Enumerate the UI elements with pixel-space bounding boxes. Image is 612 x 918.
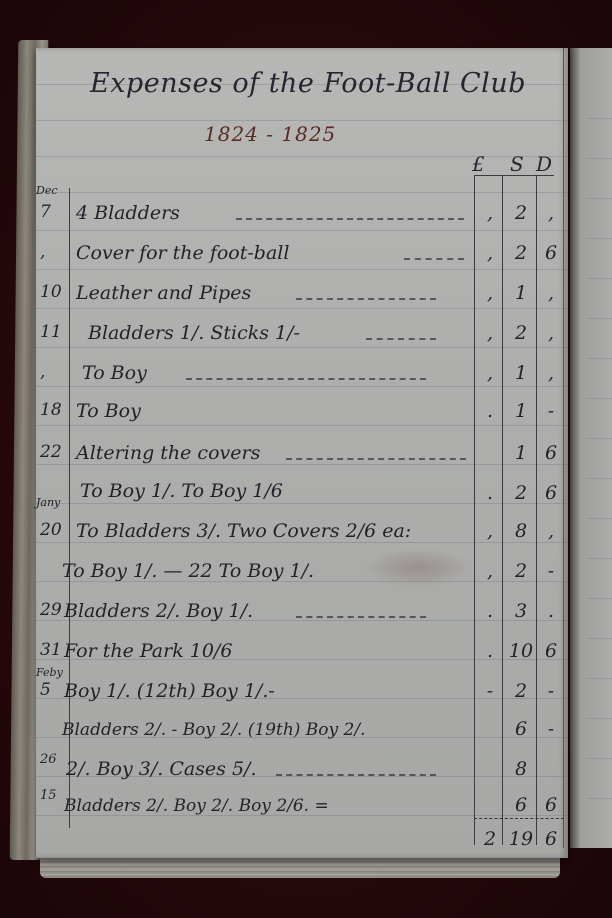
entry-pence: - — [538, 680, 564, 702]
entry-pounds: , — [476, 520, 504, 542]
ledger-row: Feby 5 Boy 1/. (12th) Boy 1/.- - 2 - — [36, 674, 568, 710]
entry-pence: 6 — [538, 640, 564, 662]
entry-pounds: , — [476, 560, 504, 582]
entry-date: 20 — [40, 520, 62, 540]
total-pence: 6 — [538, 828, 564, 850]
ledger-row: 11 Bladders 1/. Sticks 1/- , 2 , — [36, 316, 568, 352]
entry-month: Dec — [36, 184, 58, 197]
entry-month: Jany — [36, 496, 60, 509]
entry-shillings: 2 — [504, 680, 538, 702]
entry-description: Cover for the foot-ball — [76, 242, 289, 264]
entry-pounds: , — [476, 242, 504, 264]
entry-shillings: 2 — [504, 202, 538, 224]
entry-description: To Boy 1/. — 22 To Boy 1/. — [62, 560, 314, 582]
entry-pounds: , — [476, 322, 504, 344]
entry-shillings: 2 — [504, 322, 538, 344]
entry-pounds: , — [476, 202, 504, 224]
entry-pence: - — [538, 560, 564, 582]
entry-pounds: , — [476, 282, 504, 304]
ledger-row: Bladders 2/. - Boy 2/. (19th) Boy 2/. 6 … — [36, 712, 568, 748]
ledger-row: Jany To Boy 1/. To Boy 1/6 . 2 6 — [36, 476, 568, 512]
entry-shillings: 2 — [504, 482, 538, 504]
entry-description: For the Park 10/6 — [64, 640, 232, 662]
entry-date: 26 — [40, 752, 57, 767]
entry-date: 10 — [40, 282, 62, 302]
entry-pence: - — [538, 718, 564, 740]
entry-date: 18 — [40, 400, 62, 420]
entry-shillings: 1 — [504, 282, 538, 304]
entry-date: 22 — [40, 442, 62, 462]
entry-description: Boy 1/. (12th) Boy 1/.- — [64, 680, 275, 702]
ledger-row: 29 Bladders 2/. Boy 1/. . 3 . — [36, 594, 568, 630]
entry-shillings: 10 — [504, 640, 538, 662]
entry-month: Feby — [36, 666, 63, 679]
entry-shillings: 2 — [504, 242, 538, 264]
entry-pounds: . — [476, 400, 504, 422]
entry-date: 7 — [40, 202, 51, 222]
entry-pounds: - — [476, 680, 504, 702]
entry-description: To Boy 1/. To Boy 1/6 — [80, 480, 283, 502]
ledger-row: 22 Altering the covers 1 6 — [36, 436, 568, 472]
entry-pence: 6 — [538, 482, 564, 504]
entry-description: 2/. Boy 3/. Cases 5/. — [66, 758, 257, 780]
entry-description: Altering the covers — [76, 442, 260, 464]
ledger-row: 20 To Bladders 3/. Two Covers 2/6 ea: , … — [36, 514, 568, 550]
entry-description: To Bladders 3/. Two Covers 2/6 ea: — [76, 520, 411, 542]
entry-pounds: , — [476, 362, 504, 384]
ledger-row: Dec 7 4 Bladders , 2 , — [36, 196, 568, 232]
entry-pence: - — [538, 400, 564, 422]
entry-pounds: . — [476, 482, 504, 504]
entry-pounds: . — [476, 640, 504, 662]
header-pence: D — [536, 152, 552, 176]
entry-description: 4 Bladders — [76, 202, 180, 224]
header-shillings: S — [510, 152, 524, 176]
entry-shillings: 1 — [504, 442, 538, 464]
ledger-row: , Cover for the foot-ball , 2 6 — [36, 236, 568, 272]
entry-date: 11 — [40, 322, 62, 342]
entry-description: Bladders 2/. Boy 2/. Boy 2/6. = — [64, 796, 329, 816]
entry-pence: 6 — [538, 242, 564, 264]
facing-page — [570, 48, 612, 848]
total-rule — [474, 818, 564, 820]
entry-shillings: 8 — [504, 520, 538, 542]
entry-date: 5 — [40, 680, 51, 700]
document-title: Expenses of the Foot-Ball Club — [90, 68, 526, 99]
entry-shillings: 1 — [504, 400, 538, 422]
entry-shillings: 3 — [504, 600, 538, 622]
ledger-row: To Boy 1/. — 22 To Boy 1/. , 2 - — [36, 554, 568, 590]
ledger-row: 26 2/. Boy 3/. Cases 5/. 8 — [36, 752, 568, 788]
entry-pence: 6 — [538, 794, 564, 816]
entry-date: , — [40, 242, 45, 262]
ledger-row: 31 For the Park 10/6 . 10 6 — [36, 634, 568, 670]
document-years: 1824 - 1825 — [204, 122, 336, 146]
ledger-row: 10 Leather and Pipes , 1 , — [36, 276, 568, 312]
entry-date: 15 — [40, 788, 57, 803]
entry-pence: 6 — [538, 442, 564, 464]
entry-shillings: 6 — [504, 718, 538, 740]
entry-description: To Boy — [82, 362, 147, 384]
entry-pence: , — [538, 202, 564, 224]
entry-description: Leather and Pipes — [76, 282, 251, 304]
header-pounds: £ — [472, 152, 485, 176]
entry-description: Bladders 1/. Sticks 1/- — [88, 322, 300, 344]
entry-description: Bladders 2/. Boy 1/. — [64, 600, 253, 622]
entry-pence: , — [538, 282, 564, 304]
entry-pence: . — [538, 600, 564, 622]
ledger-row: , To Boy , 1 , — [36, 356, 568, 392]
entry-date: 29 — [40, 600, 62, 620]
total-pounds: 2 — [476, 828, 504, 850]
entry-pounds: . — [476, 600, 504, 622]
entry-shillings: 1 — [504, 362, 538, 384]
entry-pence: , — [538, 520, 564, 542]
entry-shillings: 2 — [504, 560, 538, 582]
entry-shillings: 6 — [504, 794, 538, 816]
entry-description: To Boy — [76, 400, 141, 422]
total-shillings: 19 — [504, 828, 538, 850]
total-row: 2 19 6 — [36, 824, 568, 860]
entry-date: , — [40, 362, 45, 382]
ledger-page: Expenses of the Foot-Ball Club 1824 - 18… — [36, 48, 568, 858]
entry-date: 31 — [40, 640, 62, 660]
entry-shillings: 8 — [504, 758, 538, 780]
entry-description: Bladders 2/. - Boy 2/. (19th) Boy 2/. — [62, 720, 366, 740]
entry-pence: , — [538, 322, 564, 344]
ledger-row: 18 To Boy . 1 - — [36, 394, 568, 430]
entry-pence: , — [538, 362, 564, 384]
